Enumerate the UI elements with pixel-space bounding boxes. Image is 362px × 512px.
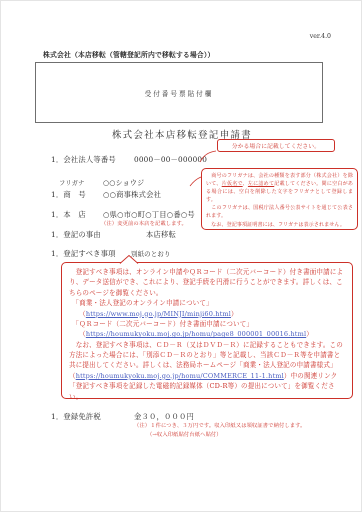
matters-note-item2-paren-open: （ [69, 330, 86, 338]
matters-note-item2-line: （https://houmukyoku.moj.go.jp/homu/page8… [69, 329, 345, 339]
online-application-link[interactable]: https://www.moj.go.jp/MINJI/minji60.html [86, 310, 231, 318]
head-office-value: ○県○市○町○丁目○番○号 [103, 211, 195, 219]
company-number-hint-callout: 分かる場合に記載してください。 [217, 139, 335, 152]
furigana-note-paragraph-2: このフリガナは、国税庁法人番号公表サイトを通じて公表されます。 [206, 204, 353, 220]
furigana-note-underline-2: 左に詰めて [248, 181, 274, 187]
registration-reason-label: 1．登記の事由 [51, 231, 101, 239]
furigana-note-paragraph-1: 商号のフリガナは、会社の種類を表す部分（株式会社）を除いて、片仮名で、左に詰めて… [206, 172, 353, 205]
company-number-label: 1．会社法人等番号 [51, 156, 116, 164]
company-number-hint-text: 分かる場合に記載してください。 [232, 141, 320, 150]
matters-note-paragraph-1: 登記すべき事項は、オンライン申請やＱＲコード（二次元バーコード）付き書面申請によ… [69, 267, 345, 298]
registration-reason-value: 本店移転 [146, 231, 176, 239]
furigana-value: ○○ショウジ [103, 179, 144, 187]
matters-note-item1-paren-open: （ [69, 310, 86, 318]
furigana-callout-tail [190, 177, 201, 186]
qr-code-application-link[interactable]: https://houmukyoku.moj.go.jp/homu/page8_… [86, 330, 306, 338]
license-tax-note-1: （注）１件につき、３万円です。収入印紙又は領収証書で納付します。 [134, 423, 306, 429]
furigana-note-paragraph-3: なお、登記事項証明書には、フリガナは表示されません。 [206, 221, 353, 229]
furigana-note-underline-1: 片仮名で [222, 181, 243, 187]
version-label: ver.4.0 [310, 33, 331, 40]
head-office-label: 1．本 店 [51, 211, 86, 219]
matters-note-item1-title: 「商業・法人登記のオンライン申請について」 [69, 298, 345, 308]
document-page: ver.4.0 株式会社（本店移転（管轄登記所内で移転する場合）） 受付番号票貼… [0, 0, 362, 512]
company-number-value: 0000－00－000000 [134, 156, 207, 164]
furigana-note-callout: 商号のフリガナは、会社の種類を表す部分（株式会社）を除いて、片仮名で、左に詰めて… [201, 168, 358, 230]
license-tax-note-2: （→収入印紙貼付台紙へ貼付） [147, 432, 222, 438]
furigana-label: フリガナ [59, 180, 85, 187]
commerce-form-link[interactable]: https://houmukyoku.moj.go.jp/homu/COMMER… [76, 372, 284, 380]
matters-note-item1-paren-close: ） [231, 310, 238, 318]
matters-note-item1-line: （https://www.moj.go.jp/MINJI/minji60.htm… [69, 309, 345, 319]
registration-matters-label: 1．登記すべき事項 [51, 250, 116, 258]
registration-matters-value: 別紙のとおり [131, 251, 171, 258]
matters-note-paragraph-2: なお、登記すべき事項は、ＣＤ－Ｒ（又はＤＶＤ－Ｒ）に記録することもできます。この… [69, 340, 345, 402]
matters-note-callout: 登記すべき事項は、オンライン申請やＱＲコード（二次元バーコード）付き書面申請によ… [61, 262, 353, 399]
license-tax-label: 1．登録免許税 [51, 413, 101, 421]
matters-note-item2-paren-close: ） [306, 330, 313, 338]
receipt-number-box: 受付番号票貼付欄 [35, 62, 323, 123]
license-tax-value: 金３０，０００円 [134, 413, 194, 421]
receipt-number-box-label: 受付番号票貼付欄 [145, 88, 214, 98]
head-office-note: （注）変更前の本店を記載します。 [101, 221, 187, 227]
form-type-heading: 株式会社（本店移転（管轄登記所内で移転する場合）） [43, 49, 215, 59]
trade-name-label: 1．商 号 [51, 191, 86, 199]
trade-name-value: ○○商事株式会社 [103, 191, 161, 199]
matters-note-item2-title: 「ＱＲコード（二次元バーコード）付き書面申請について」 [69, 319, 345, 329]
